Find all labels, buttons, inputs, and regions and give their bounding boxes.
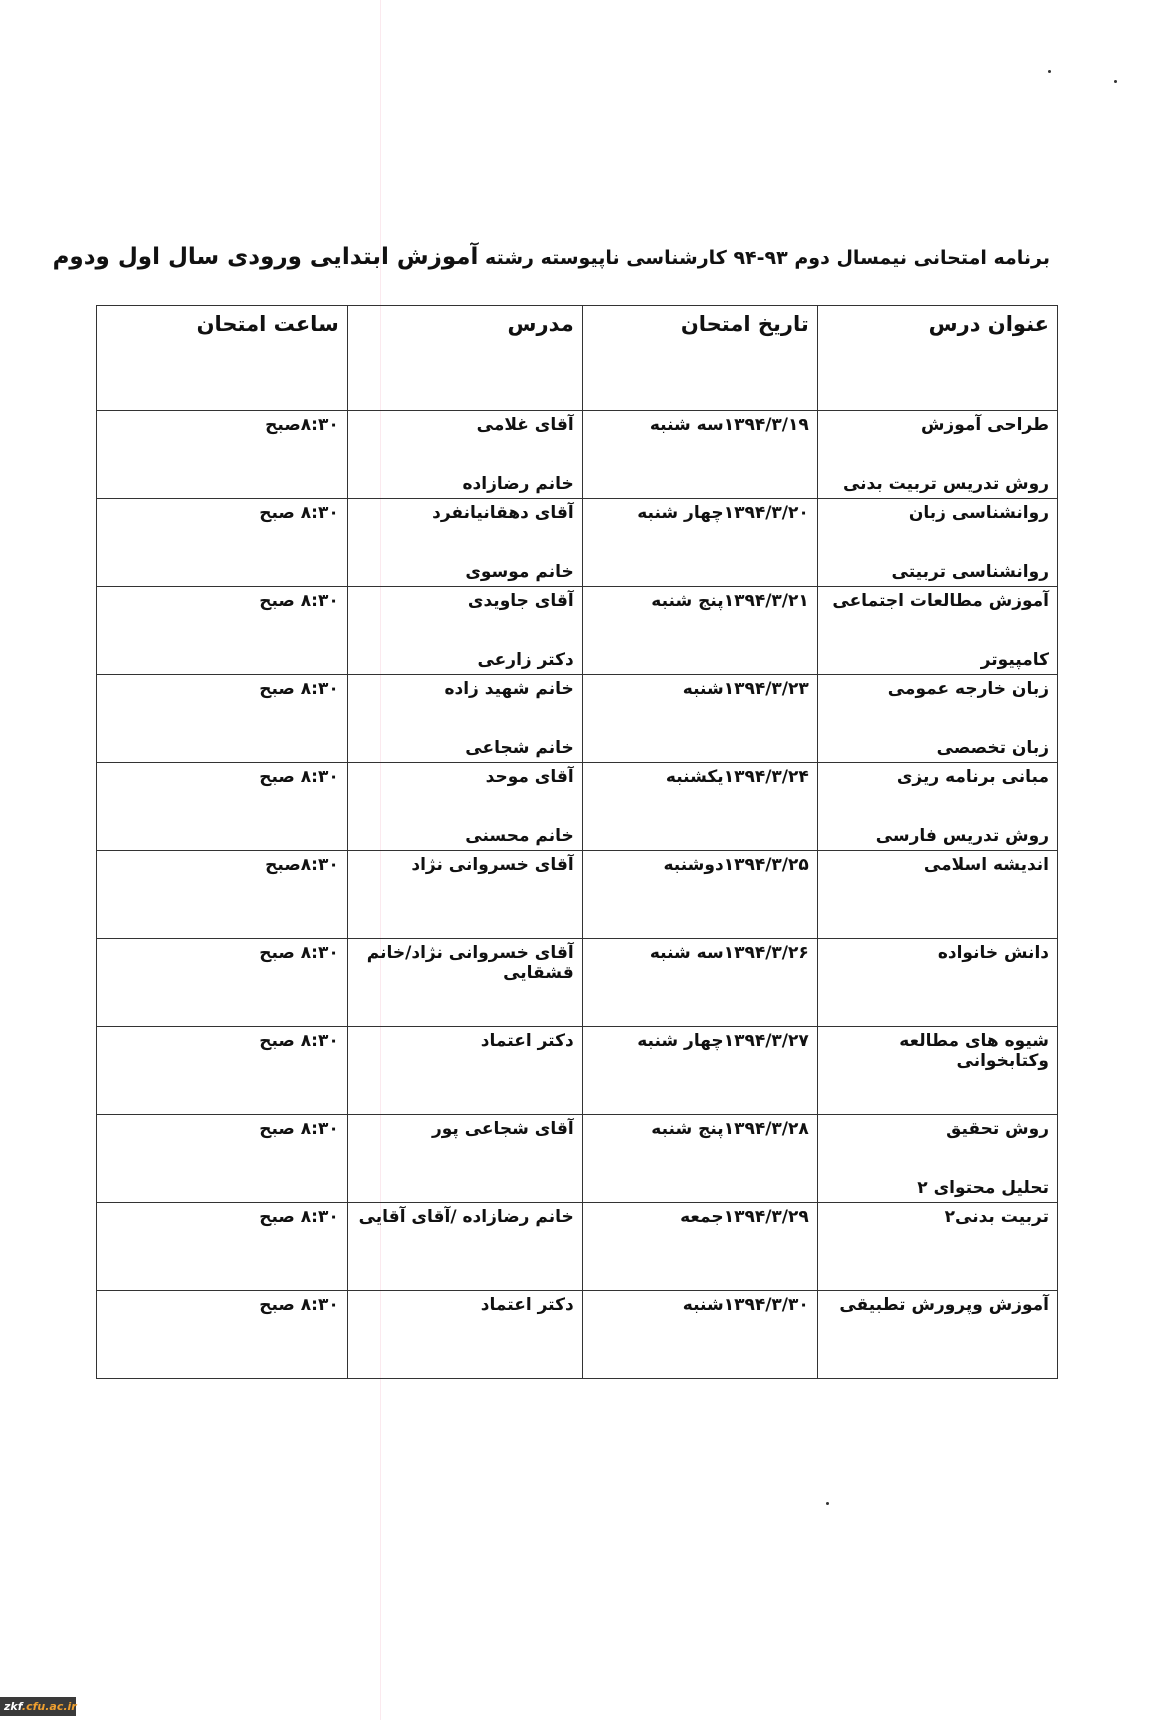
time-cell: ۸:۳۰ صبح: [97, 1291, 348, 1379]
date-cell: ۱۳۹۴/۳/۲۸پنج شنبه: [582, 1115, 817, 1203]
header-date: تاریخ امتحان: [582, 306, 817, 411]
instructor-cell: آقای خسروانی نژاد/خانم قشقایی: [347, 939, 582, 1027]
course-cell: آموزش مطالعات اجتماعیکامپیوتر: [817, 587, 1057, 675]
instructor-cell-line: آقای دهقانیانفرد: [356, 503, 574, 523]
instructor-cell-line: خانم موسوی: [356, 562, 574, 582]
date-cell: ۱۳۹۴/۳/۲۰چهار شنبه: [582, 499, 817, 587]
title-prefix: برنامه امتحانی نیمسال دوم ۹۳-۹۴ کارشناسی…: [485, 247, 1050, 269]
site-watermark: zkf.cfu.ac.ir: [0, 1697, 76, 1716]
instructor-cell: دکتر اعتماد: [347, 1291, 582, 1379]
instructor-cell: آقای جاویدیدکتر زارعی: [347, 587, 582, 675]
instructor-cell: آقای شجاعی پور: [347, 1115, 582, 1203]
date-cell: ۱۳۹۴/۳/۲۷چهار شنبه: [582, 1027, 817, 1115]
date-cell: ۱۳۹۴/۳/۳۰شنبه: [582, 1291, 817, 1379]
course-cell: زبان خارجه عمومیزبان تخصصی: [817, 675, 1057, 763]
course-cell-line: تربیت بدنی۲: [826, 1207, 1049, 1227]
time-cell: ۸:۳۰ صبح: [97, 675, 348, 763]
time-cell: ۸:۳۰ صبح: [97, 1203, 348, 1291]
course-cell-line: زبان تخصصی: [826, 738, 1049, 758]
course-cell-line: شیوه های مطالعه وکتابخوانی: [826, 1031, 1049, 1071]
course-cell: شیوه های مطالعه وکتابخوانی: [817, 1027, 1057, 1115]
instructor-cell-line: خانم رضازاده: [356, 474, 574, 494]
instructor-cell-line: دکتر زارعی: [356, 650, 574, 670]
table-row: آموزش مطالعات اجتماعیکامپیوتر۱۳۹۴/۳/۲۱پن…: [97, 587, 1058, 675]
instructor-cell: آقای دهقانیانفردخانم موسوی: [347, 499, 582, 587]
instructor-cell-line: دکتر اعتماد: [356, 1295, 574, 1315]
instructor-cell: دکتر اعتماد: [347, 1027, 582, 1115]
course-cell-line: زبان خارجه عمومی: [826, 679, 1049, 699]
instructor-cell: آقای غلامیخانم رضازاده: [347, 411, 582, 499]
instructor-cell-line: خانم محسنی: [356, 826, 574, 846]
instructor-cell-line: آقای شجاعی پور: [356, 1119, 574, 1139]
table-row: تربیت بدنی۲۱۳۹۴/۳/۲۹جمعهخانم رضازاده /آق…: [97, 1203, 1058, 1291]
table-row: طراحی آموزشروش تدریس تربیت بدنی۱۳۹۴/۳/۱۹…: [97, 411, 1058, 499]
course-cell-line: کامپیوتر: [826, 650, 1049, 670]
instructor-cell-line: آقای خسروانی نژاد: [356, 855, 574, 875]
date-cell: ۱۳۹۴/۳/۲۱پنج شنبه: [582, 587, 817, 675]
course-cell-line: آموزش وپرورش تطبیقی: [826, 1295, 1049, 1315]
course-cell: اندیشه اسلامی: [817, 851, 1057, 939]
table-row: اندیشه اسلامی۱۳۹۴/۳/۲۵دوشنبهآقای خسروانی…: [97, 851, 1058, 939]
date-cell: ۱۳۹۴/۳/۲۵دوشنبه: [582, 851, 817, 939]
date-cell: ۱۳۹۴/۳/۲۴یکشنبه: [582, 763, 817, 851]
header-instructor: مدرس: [347, 306, 582, 411]
time-cell: ۸:۳۰ صبح: [97, 499, 348, 587]
scan-speck: [1114, 80, 1117, 83]
date-cell: ۱۳۹۴/۳/۲۹جمعه: [582, 1203, 817, 1291]
scan-speck: [826, 1502, 829, 1505]
instructor-cell-line: خانم شجاعی: [356, 738, 574, 758]
time-cell: ۸:۳۰صبح: [97, 411, 348, 499]
course-cell: روش تحقیقتحلیل محتوای ۲: [817, 1115, 1057, 1203]
course-cell-line: طراحی آموزش: [826, 415, 1049, 435]
course-cell-line: دانش خانواده: [826, 943, 1049, 963]
header-course: عنوان درس: [817, 306, 1057, 411]
course-cell-line: اندیشه اسلامی: [826, 855, 1049, 875]
time-cell: ۸:۳۰ صبح: [97, 1027, 348, 1115]
scan-speck: [1048, 70, 1051, 73]
course-cell-line: روش تدریس تربیت بدنی: [826, 474, 1049, 494]
time-cell: ۸:۳۰صبح: [97, 851, 348, 939]
table-row: زبان خارجه عمومیزبان تخصصی۱۳۹۴/۳/۲۳شنبهخ…: [97, 675, 1058, 763]
course-cell-line: تحلیل محتوای ۲: [826, 1178, 1049, 1198]
instructor-cell-line: خانم رضازاده /آقای آقایی: [356, 1207, 574, 1227]
course-cell-line: آموزش مطالعات اجتماعی: [826, 591, 1049, 611]
course-cell: تربیت بدنی۲: [817, 1203, 1057, 1291]
instructor-cell: خانم شهید زادهخانم شجاعی: [347, 675, 582, 763]
course-cell: روانشناسی زبانروانشناسی تربیتی: [817, 499, 1057, 587]
course-cell-line: روش تدریس فارسی: [826, 826, 1049, 846]
instructor-cell-line: خانم شهید زاده: [356, 679, 574, 699]
watermark-domain: .cfu.ac.ir: [22, 1700, 77, 1713]
instructor-cell: آقای خسروانی نژاد: [347, 851, 582, 939]
course-cell-line: مبانی برنامه ریزی: [826, 767, 1049, 787]
course-cell: طراحی آموزشروش تدریس تربیت بدنی: [817, 411, 1057, 499]
table-header-row: عنوان درس تاریخ امتحان مدرس ساعت امتحان: [97, 306, 1058, 411]
instructor-cell-line: آقای خسروانی نژاد/خانم قشقایی: [356, 943, 574, 983]
date-cell: ۱۳۹۴/۳/۱۹سه شنبه: [582, 411, 817, 499]
document-title: برنامه امتحانی نیمسال دوم ۹۳-۹۴ کارشناسی…: [120, 244, 1050, 284]
header-time: ساعت امتحان: [97, 306, 348, 411]
time-cell: ۸:۳۰ صبح: [97, 587, 348, 675]
table-row: مبانی برنامه ریزیروش تدریس فارسی۱۳۹۴/۳/۲…: [97, 763, 1058, 851]
table-row: روانشناسی زبانروانشناسی تربیتی۱۳۹۴/۳/۲۰چ…: [97, 499, 1058, 587]
time-cell: ۸:۳۰ صبح: [97, 1115, 348, 1203]
course-cell: مبانی برنامه ریزیروش تدریس فارسی: [817, 763, 1057, 851]
instructor-cell-line: دکتر اعتماد: [356, 1031, 574, 1051]
table-row: روش تحقیقتحلیل محتوای ۲۱۳۹۴/۳/۲۸پنج شنبه…: [97, 1115, 1058, 1203]
date-cell: ۱۳۹۴/۳/۲۳شنبه: [582, 675, 817, 763]
course-cell-line: روش تحقیق: [826, 1119, 1049, 1139]
instructor-cell: خانم رضازاده /آقای آقایی: [347, 1203, 582, 1291]
course-cell: آموزش وپرورش تطبیقی: [817, 1291, 1057, 1379]
exam-schedule-table: عنوان درس تاریخ امتحان مدرس ساعت امتحان …: [96, 305, 1058, 1379]
date-cell: ۱۳۹۴/۳/۲۶سه شنبه: [582, 939, 817, 1027]
title-emphasis: آموزش ابتدایی ورودی سال اول ودوم: [53, 244, 479, 270]
instructor-cell-line: آقای موحد: [356, 767, 574, 787]
course-cell: دانش خانواده: [817, 939, 1057, 1027]
instructor-cell-line: آقای غلامی: [356, 415, 574, 435]
table-row: آموزش وپرورش تطبیقی۱۳۹۴/۳/۳۰شنبهدکتر اعت…: [97, 1291, 1058, 1379]
instructor-cell-line: آقای جاویدی: [356, 591, 574, 611]
instructor-cell: آقای موحدخانم محسنی: [347, 763, 582, 851]
time-cell: ۸:۳۰ صبح: [97, 939, 348, 1027]
time-cell: ۸:۳۰ صبح: [97, 763, 348, 851]
course-cell-line: روانشناسی زبان: [826, 503, 1049, 523]
table-row: شیوه های مطالعه وکتابخوانی۱۳۹۴/۳/۲۷چهار …: [97, 1027, 1058, 1115]
watermark-prefix: zkf: [4, 1700, 22, 1713]
table-row: دانش خانواده۱۳۹۴/۳/۲۶سه شنبهآقای خسروانی…: [97, 939, 1058, 1027]
course-cell-line: روانشناسی تربیتی: [826, 562, 1049, 582]
